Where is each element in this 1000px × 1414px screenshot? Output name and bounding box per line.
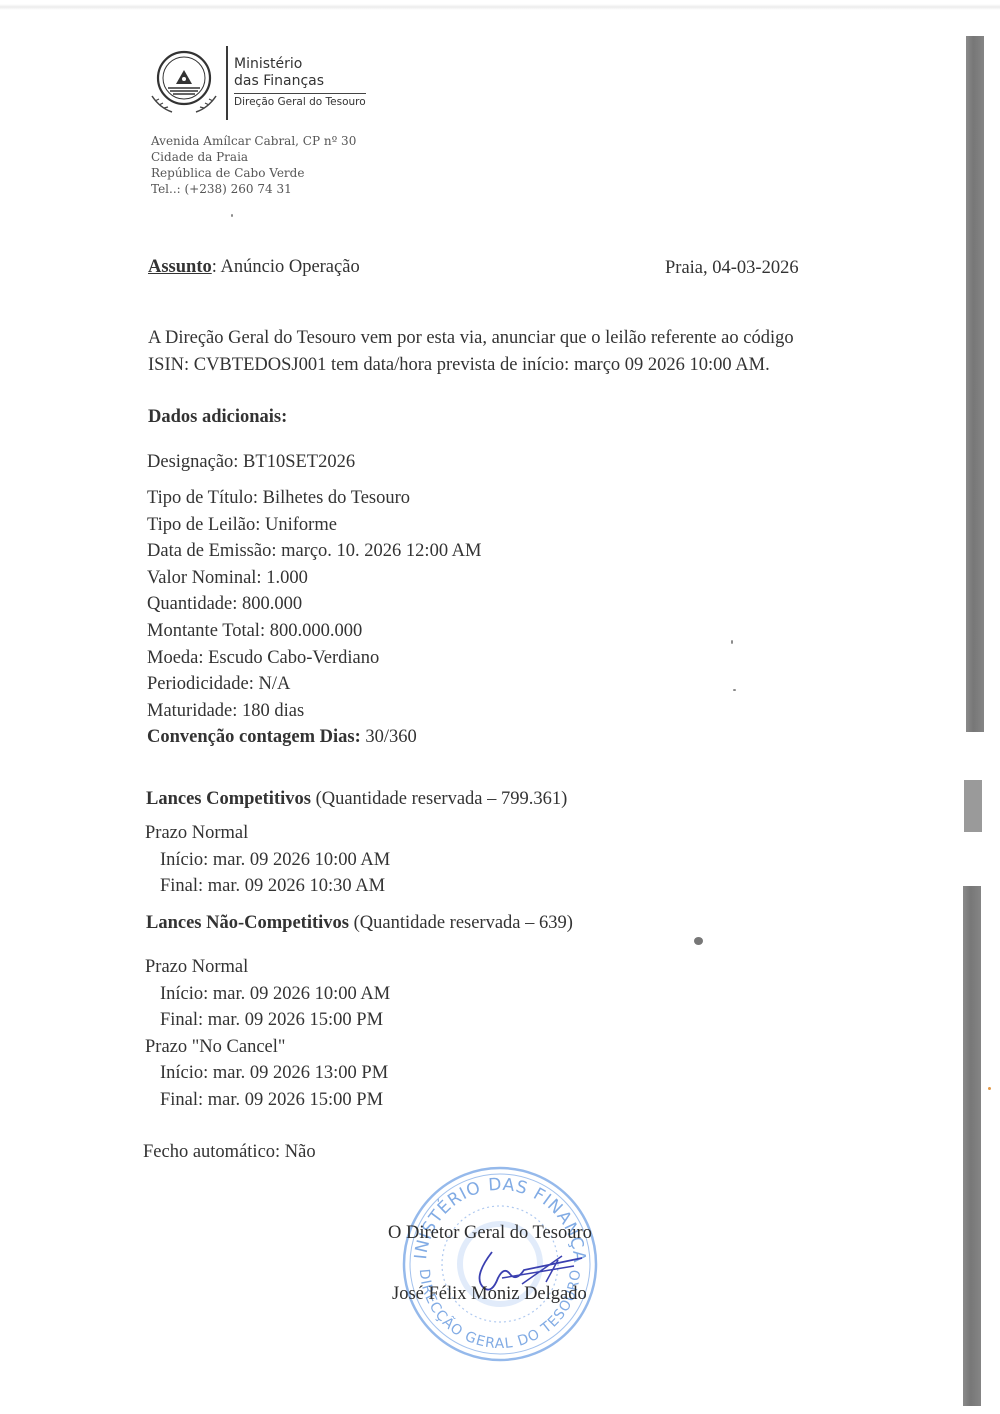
competitive-reserved: (Quantidade reservada – 799.361): [311, 789, 567, 809]
period-start: Início: mar. 09 2026 10:00 AM: [145, 847, 390, 874]
scan-speck: [733, 689, 736, 691]
intro-line: ISIN: CVBTEDOSJ001 tem data/hora previst…: [148, 352, 888, 379]
field-security-type: Tipo de Título: Bilhetes do Tesouro: [147, 485, 482, 512]
day-count-label: Convenção contagem Dias:: [147, 727, 361, 747]
ministry-name-line1: Ministério: [234, 56, 366, 73]
field-issue-date: Data de Emissão: março. 10. 2026 12:00 A…: [147, 538, 482, 565]
field-currency: Moeda: Escudo Cabo-Verdiano: [147, 645, 482, 672]
field-periodicity: Periodicidade: N/A: [147, 671, 482, 698]
scan-margin-bar: [963, 886, 981, 1406]
letterhead-divider: [226, 46, 228, 120]
letterhead: Ministério das Finanças Direção Geral do…: [234, 56, 366, 109]
subject-label: Assunto: [148, 257, 212, 277]
scan-speck: [231, 214, 233, 217]
period-name: Prazo "No Cancel": [145, 1034, 390, 1061]
intro-line: A Direção Geral do Tesouro vem por esta …: [148, 325, 888, 352]
subject-line: Assunto: Anúncio Operação: [148, 254, 360, 281]
non-competitive-bids-heading: Lances Não-Competitivos (Quantidade rese…: [146, 910, 573, 937]
scan-speck: [988, 1087, 991, 1090]
designation: Designação: BT10SET2026: [147, 449, 355, 476]
coat-of-arms-icon: [146, 46, 222, 118]
additional-data-fields: Tipo de Título: Bilhetes do Tesouro Tipo…: [147, 485, 482, 751]
scan-margin-bar: [966, 36, 984, 732]
address-street: Avenida Amílcar Cabral, CP nº 30: [151, 133, 356, 149]
period-end: Final: mar. 09 2026 10:30 AM: [145, 873, 390, 900]
field-day-count: Convenção contagem Dias: 30/360: [147, 724, 482, 751]
auto-close: Fecho automático: Não: [143, 1139, 316, 1166]
field-maturity: Maturidade: 180 dias: [147, 698, 482, 725]
signatory-title: O Diretor Geral do Tesouro: [388, 1220, 592, 1247]
period-end: Final: mar. 09 2026 15:00 PM: [145, 1007, 390, 1034]
non-competitive-reserved: (Quantidade reservada – 639): [349, 913, 573, 933]
signatory-name: José Félix Moniz Delgado: [392, 1281, 587, 1308]
place-date: Praia, 04-03-2026: [665, 255, 799, 282]
additional-data-heading: Dados adicionais:: [148, 404, 287, 431]
field-total-amount: Montante Total: 800.000.000: [147, 618, 482, 645]
sender-address: Avenida Amílcar Cabral, CP nº 30 Cidade …: [151, 133, 356, 197]
address-phone: Tel..: (+238) 260 74 31: [151, 181, 356, 197]
period-start: Início: mar. 09 2026 10:00 AM: [145, 981, 390, 1008]
period-end: Final: mar. 09 2026 15:00 PM: [145, 1087, 390, 1114]
competitive-bids-heading: Lances Competitivos (Quantidade reservad…: [146, 786, 567, 813]
field-nominal-value: Valor Nominal: 1.000: [147, 565, 482, 592]
subject-value: : Anúncio Operação: [212, 257, 360, 277]
scan-edge: [0, 4, 1000, 10]
department-name: Direção Geral do Tesouro: [234, 93, 366, 109]
period-name: Prazo Normal: [145, 820, 390, 847]
non-competitive-title: Lances Não-Competitivos: [146, 913, 349, 933]
competitive-periods: Prazo Normal Início: mar. 09 2026 10:00 …: [145, 820, 390, 900]
field-auction-type: Tipo de Leilão: Uniforme: [147, 512, 482, 539]
address-city: Cidade da Praia: [151, 149, 356, 165]
day-count-value: 30/360: [361, 727, 417, 747]
ministry-name-line2: das Finanças: [234, 73, 366, 90]
competitive-title: Lances Competitivos: [146, 789, 311, 809]
scan-speck: [694, 937, 703, 945]
field-quantity: Quantidade: 800.000: [147, 591, 482, 618]
period-name: Prazo Normal: [145, 954, 390, 981]
address-country: República de Cabo Verde: [151, 165, 356, 181]
non-competitive-periods: Prazo Normal Início: mar. 09 2026 10:00 …: [145, 954, 390, 1113]
scan-speck: [731, 640, 733, 644]
scan-margin-bar: [964, 780, 982, 832]
intro-paragraph: A Direção Geral do Tesouro vem por esta …: [148, 325, 888, 378]
period-start: Início: mar. 09 2026 13:00 PM: [145, 1060, 390, 1087]
